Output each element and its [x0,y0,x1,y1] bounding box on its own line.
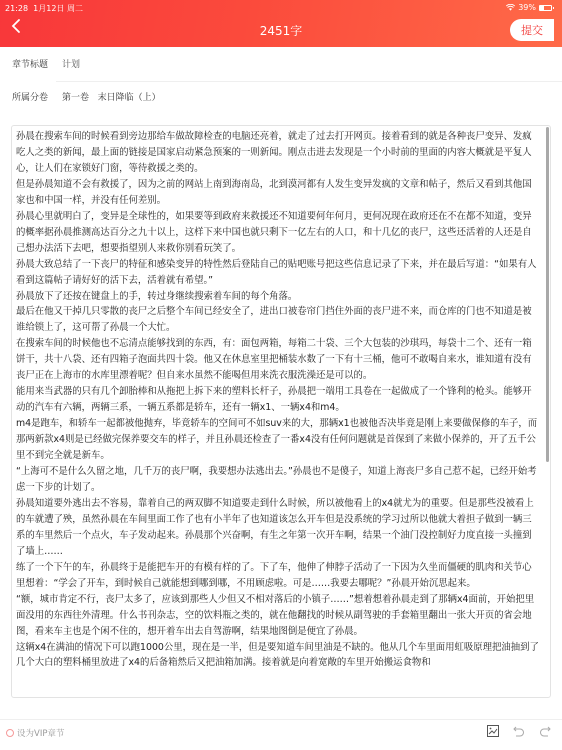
image-icon[interactable] [486,724,500,738]
volume-select[interactable]: 第一卷 末日降临（上） [62,90,161,103]
editor-scrollbar[interactable] [546,127,549,462]
paragraph: 孙晨放下了还按在键盘上的手，转过身继续搜索着车间的每个角落。 [16,289,540,305]
paragraph: 在搜索车间的时候他也不忘清点能够找到的东西，有：面包两箱，每箱二十袋、三个大包装… [16,336,540,384]
radio-icon[interactable] [6,729,14,737]
editor-tools [486,724,552,738]
volume-row: 所属分卷 第一卷 末日降临（上） [12,90,161,103]
vip-label: 设为VIP章节 [17,727,64,739]
paragraph: 孙晨知道要外逃出去不容易，靠着自己的两双脚不知道要走到什么时候，所以被他看上的x… [16,496,540,560]
undo-icon[interactable] [512,724,526,738]
paragraph: 能用来当武器的只有几个卸胎棒和从拖把上拆下来的塑料长杆子，孙晨把一端用工具卷在一… [16,384,540,416]
paragraph: 孙晨在搜索车间的时候看到旁边那给车做故障检查的电脑还亮着，就走了过去打开网页。接… [16,129,540,177]
paragraph: 但是孙晨知道不会有救援了，因为之前的网站上南到海南岛，北到漠河都有人发生变异发疯… [16,177,540,209]
vip-chapter-toggle[interactable]: 设为VIP章节 [6,727,64,739]
chapter-content-editor[interactable]: 孙晨在搜索车间的时候看到旁边那给车做故障检查的电脑还亮着，就走了过去打开网页。接… [11,125,551,698]
paragraph: 这辆x4在满油的情况下可以跑1000公里，现在是一半，但是要知道车间里油是不缺的… [16,640,540,672]
paragraph: 最后在他又干掉几只零散的丧尸之后整个车间已经安全了，进出口被卷帘门挡住外面的丧尸… [16,304,540,336]
chapter-title-label: 章节标题 [12,57,48,70]
paragraph: “额，城市肯定不行，丧尸太多了，应该到那些人少但又不相对落后的小镇子……”想着想… [16,592,540,640]
chapter-title-input[interactable]: 计划 [62,57,80,70]
paragraph: 练了一个下午的车，孙晨终于是能把车开的有模有样的了。下了车，他伸了伸脖子活动了一… [16,560,540,592]
app-header: 21:28 1月12日 周二 39% 2451字 提交 [0,0,562,47]
word-count-title: 2451字 [0,22,562,39]
divider [56,81,562,82]
paragraph: “上海可不是什么久留之地，几千万的丧尸啊，我要想办法逃出去。”孙晨也不是傻子，知… [16,464,540,496]
status-right: 39% [506,3,552,12]
status-time: 21:28 1月12日 周二 [5,3,83,14]
battery-icon [539,5,552,11]
battery-percent: 39% [518,3,536,12]
redo-icon[interactable] [538,724,552,738]
wifi-icon [506,4,515,11]
paragraph: m4是跑车，和轿车一起都被他抛弃，毕竟轿车的空间可不如suv来的大，那辆x1也被… [16,416,540,464]
volume-label: 所属分卷 [12,90,48,103]
submit-button[interactable]: 提交 [510,19,554,41]
editor-body[interactable]: 孙晨在搜索车间的时候看到旁边那给车做故障检查的电脑还亮着，就走了过去打开网页。接… [12,126,550,671]
paragraph: 孙晨大致总结了一下丧尸的特征和感染变异的特性然后登陆自己的贴吧账号把这些信息记录… [16,257,540,289]
paragraph: 孙晨心里就明白了，变异是全球性的，如果要等到政府来救援还不知道要何年何月，更何况… [16,209,540,257]
chapter-title-row: 章节标题 计划 [12,57,80,70]
status-bar: 21:28 1月12日 周二 39% [5,3,552,15]
bottom-toolbar: 设为VIP章节 [0,720,562,750]
